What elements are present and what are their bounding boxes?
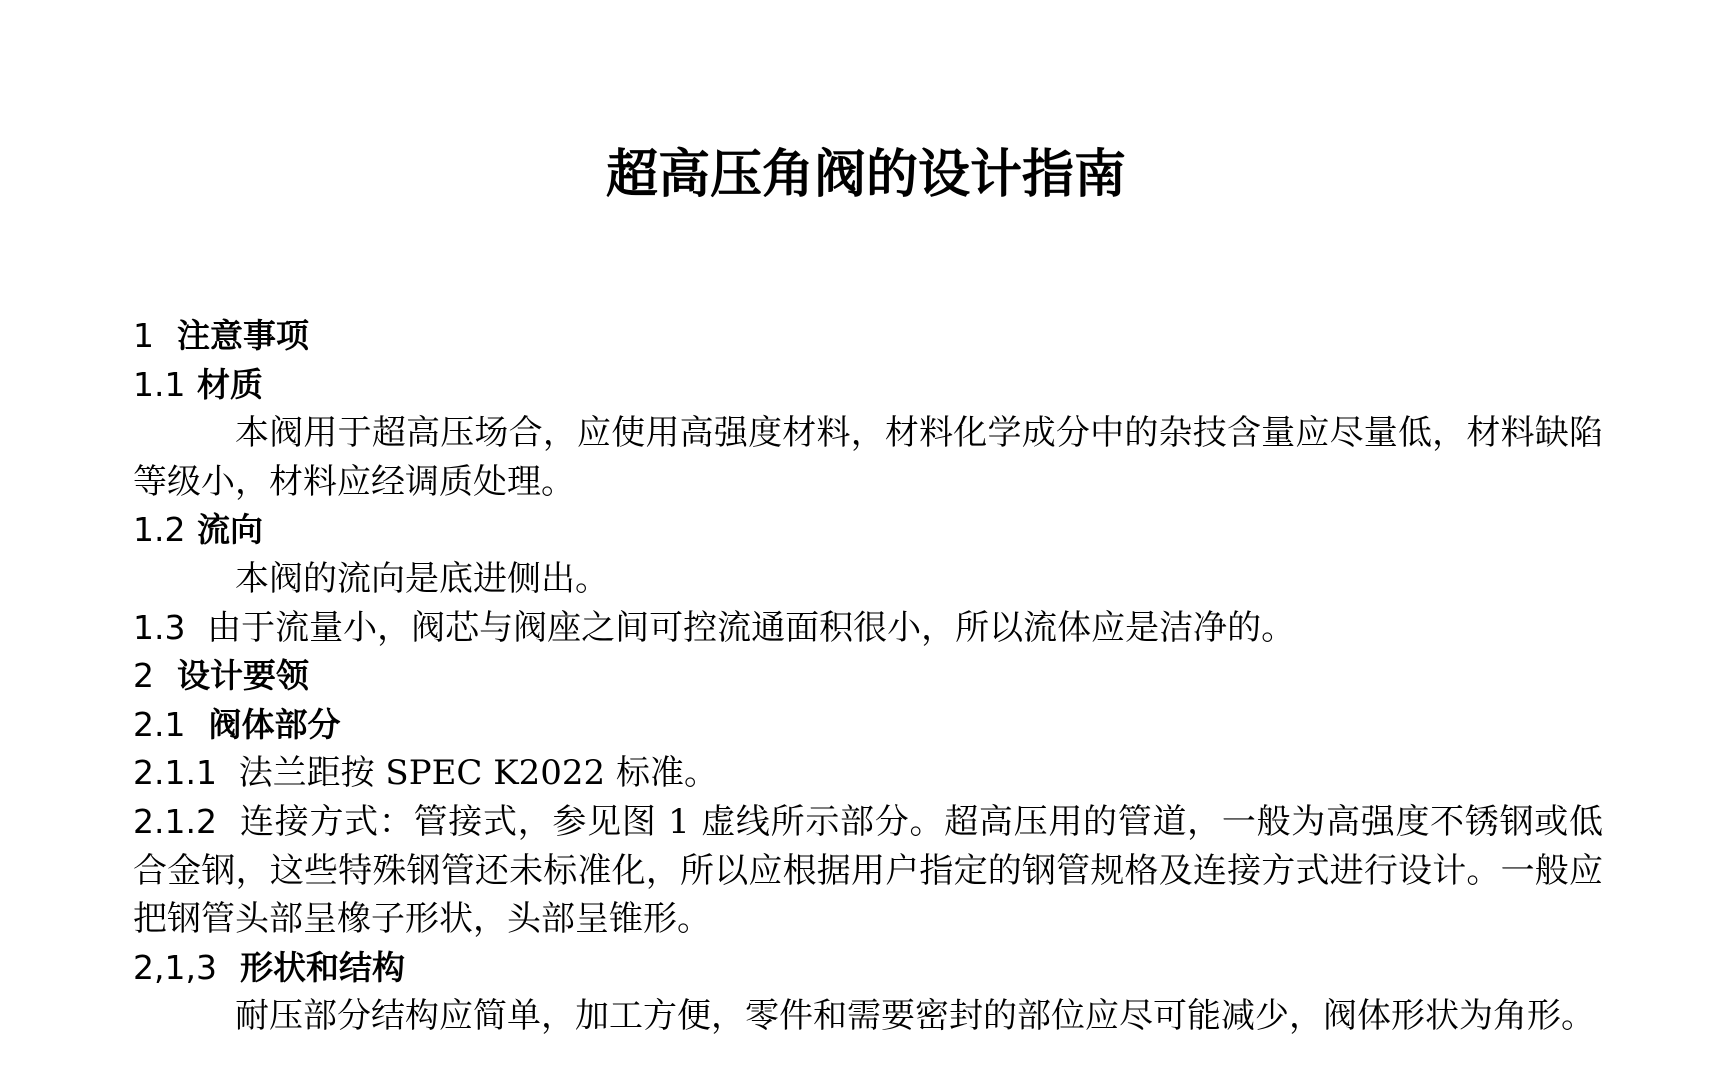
paragraph-shape-structure: 耐压部分结构应简单，加工方便，零件和需要密封的部位应尽可能减少，阀体形状为角形。	[133, 992, 1603, 1041]
section-heading-1: 1 注意事项	[133, 312, 1603, 361]
numbered-item-1-3: 1.3 由于流量小，阀芯与阀座之间可控流通面积很小，所以流体应是洁净的。	[133, 604, 1603, 653]
item-number: 2.1.1	[133, 753, 217, 792]
item-number: 1.3	[133, 608, 185, 647]
heading-text: 阀体部分	[208, 705, 340, 744]
document-title: 超高压角阀的设计指南	[0, 140, 1732, 210]
paragraph-material: 本阀用于超高压场合，应使用高强度材料，材料化学成分中的杂技含量应尽量低，材料缺陷…	[133, 409, 1603, 506]
paragraph-flow-direction: 本阀的流向是底进侧出。	[133, 555, 1603, 604]
heading-number: 1.1	[133, 365, 185, 404]
heading-number: 2,1,3	[133, 948, 217, 987]
heading-number: 1	[133, 316, 154, 355]
section-heading-2: 2 设计要领	[133, 652, 1603, 701]
section-heading-2-1: 2.1 阀体部分	[133, 701, 1603, 750]
section-heading-1-2: 1.2 流向	[133, 506, 1603, 555]
section-heading-2-1-3: 2,1,3 形状和结构	[133, 944, 1603, 993]
document-page: 超高压角阀的设计指南 1 注意事项 1.1 材质 本阀用于超高压场合，应使用高强…	[0, 0, 1732, 1088]
heading-number: 2.1	[133, 705, 185, 744]
heading-text: 流向	[197, 510, 263, 549]
heading-text: 形状和结构	[240, 948, 405, 987]
item-text: 法兰距按 SPEC K2022 标准。	[239, 753, 718, 793]
numbered-item-2-1-1: 2.1.1 法兰距按 SPEC K2022 标准。	[133, 749, 1603, 798]
document-body: 1 注意事项 1.1 材质 本阀用于超高压场合，应使用高强度材料，材料化学成分中…	[133, 312, 1603, 1041]
item-number: 2.1.2	[133, 802, 217, 841]
heading-number: 2	[133, 656, 154, 695]
heading-text: 注意事项	[177, 316, 309, 355]
section-heading-1-1: 1.1 材质	[133, 361, 1603, 410]
item-text: 由于流量小，阀芯与阀座之间可控流通面积很小，所以流体应是洁净的。	[207, 608, 1295, 648]
heading-text: 材质	[197, 365, 263, 404]
heading-number: 1.2	[133, 510, 185, 549]
heading-text: 设计要领	[177, 656, 309, 695]
numbered-item-2-1-2: 2.1.2 连接方式：管接式，参见图 1 虚线所示部分。超高压用的管道，一般为高…	[133, 798, 1603, 944]
item-text: 连接方式：管接式，参见图 1 虚线所示部分。超高压用的管道，一般为高强度不锈钢或…	[133, 802, 1603, 939]
